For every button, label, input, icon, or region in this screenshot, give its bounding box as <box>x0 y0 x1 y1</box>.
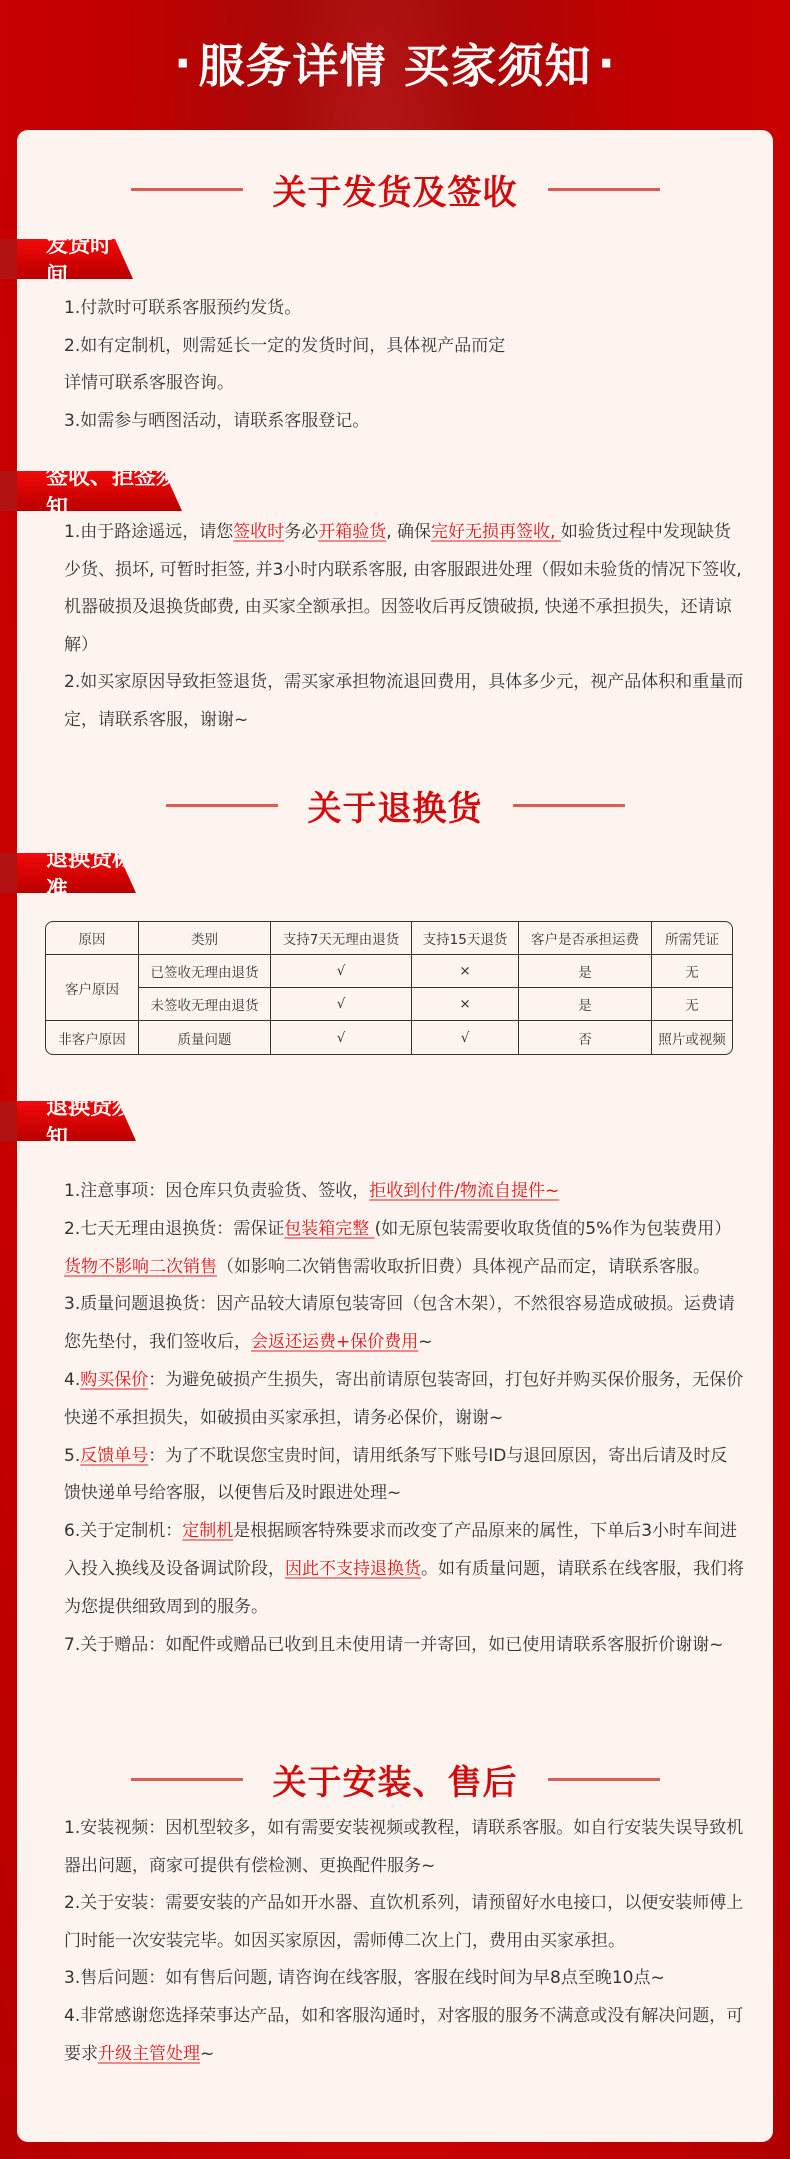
highlight-text: 拒收到付件/物流自提件~ <box>369 1181 559 1201</box>
section-title-shipping: 关于发货及签收 <box>17 164 773 214</box>
section-heading: 关于退换货 <box>308 781 483 830</box>
table-header: 支持7天无理由退货 <box>271 922 412 955</box>
divider-line <box>166 804 278 807</box>
highlight-text: 完好无损再签收, <box>431 522 561 542</box>
section-heading: 关于发货及签收 <box>273 165 518 214</box>
list-item: 1.付款时可联系客服预约发货。 <box>64 290 744 328</box>
list-item: 2.七天无理由退换货：需保证包装箱完整 (如无原包装需要收取货值的5%作为包装费… <box>64 1211 744 1287</box>
list-item: 1.由于路途遥远，请您签收时务必开箱验货, 确保完好无损再签收, 如验货过程中发… <box>64 514 744 664</box>
ribbon-edge <box>0 239 17 279</box>
sign-notice-list: 1.由于路途遥远，请您签收时务必开箱验货, 确保完好无损再签收, 如验货过程中发… <box>64 514 744 740</box>
list-item: 1.安装视频：因机型较多，如有需要安装视频或教程，请联系客服。如自行安装失误导致… <box>64 1810 744 1885</box>
table-cell-7day: √ <box>271 955 412 988</box>
table-cell-reason: 非客户原因 <box>46 1021 139 1054</box>
divider-line <box>548 188 660 191</box>
table-row: 客户原因 已签收无理由退货 √ × 是 无 <box>46 955 732 988</box>
divider-line <box>131 188 243 191</box>
highlight-text: 反馈单号 <box>80 1446 148 1466</box>
table-header: 类别 <box>139 922 271 955</box>
highlight-text: 因此不支持退换货 <box>285 1559 421 1579</box>
list-item: 6.关于定制机：定制机是根据顾客特殊要求而改变了产品原来的属性，下单后3小时车间… <box>64 1513 744 1626</box>
list-item: 2.如买家原因导致拒签退货，需买家承担物流退回费用，具体多少元，视产品体积和重量… <box>64 664 744 739</box>
list-item: 7.关于赠品：如配件或赠品已收到且未使用请一并寄回，如已使用请联系客服折价谢谢~ <box>64 1627 744 1665</box>
table-cell-freight: 否 <box>519 1021 652 1054</box>
divider-line <box>131 1778 243 1781</box>
list-item: 2.如有定制机，则需延长一定的发货时间，具体视产品而定 <box>64 328 744 366</box>
highlight-text: 开箱验货 <box>318 522 386 542</box>
table-cell-7day: √ <box>271 988 412 1021</box>
banner-dot-left: · <box>174 36 192 90</box>
table-cell-15day: × <box>412 988 519 1021</box>
list-item: 3.质量问题退换货：因产品较大请原包装寄回（包含木架），不然很容易造成破损。运费… <box>64 1286 744 1362</box>
highlight-text: 购买保价 <box>80 1370 148 1390</box>
ribbon-return-notice: 退换货须知 <box>17 1101 136 1141</box>
highlight-text: 会返还运费+保价费用 <box>251 1332 418 1352</box>
section-title-returns: 关于退换货 <box>17 780 773 830</box>
table-header-row: 原因 类别 支持7天无理由退货 支持15天退货 客户是否承担运费 所需凭证 <box>46 922 732 955</box>
install-list: 1.安装视频：因机型较多，如有需要安装视频或教程，请联系客服。如自行安装失误导致… <box>64 1810 744 2073</box>
table-cell-category: 未签收无理由退货 <box>139 988 271 1021</box>
return-policy-table: 原因 类别 支持7天无理由退货 支持15天退货 客户是否承担运费 所需凭证 客户… <box>45 921 733 1055</box>
table-cell-reason: 客户原因 <box>46 955 139 1021</box>
table-row: 非客户原因 质量问题 √ √ 否 照片或视频 <box>46 1021 732 1054</box>
list-item: 4.非常感谢您选择荣事达产品，如和客服沟通时，对客服的服务不满意或没有解决问题，… <box>64 1998 744 2073</box>
highlight-text: 定制机 <box>182 1521 233 1541</box>
table-header: 支持15天退货 <box>412 922 519 955</box>
highlight-text: 签收时 <box>233 522 284 542</box>
highlight-text: 包装箱完整 <box>284 1219 374 1239</box>
list-item: 3.如需参与晒图活动，请联系客服登记。 <box>64 403 744 441</box>
ribbon-edge <box>0 1101 17 1141</box>
section-heading: 关于安装、售后 <box>273 1755 518 1804</box>
table-cell-15day: × <box>412 955 519 988</box>
table-cell-freight: 是 <box>519 988 652 1021</box>
page-banner: · 服务详情 买家须知 · <box>0 0 790 130</box>
list-item: 详情可联系客服咨询。 <box>64 365 744 403</box>
table-cell-freight: 是 <box>519 955 652 988</box>
highlight-text: 货物不影响二次销售 <box>64 1257 217 1277</box>
table-header: 所需凭证 <box>652 922 732 955</box>
list-item: 5.反馈单号：为了不耽误您宝贵时间，请用纸条写下账号ID与退回原因，寄出后请及时… <box>64 1438 744 1514</box>
divider-line <box>513 804 625 807</box>
table-row: 未签收无理由退货 √ × 是 无 <box>46 988 732 1021</box>
table-cell-15day: √ <box>412 1021 519 1054</box>
ribbon-sign-notice: 签收、拒签须知 <box>17 471 182 511</box>
ribbon-return-standard: 退换货标准 <box>17 853 136 893</box>
table-cell-category: 已签收无理由退货 <box>139 955 271 988</box>
table-cell-proof: 无 <box>652 988 732 1021</box>
table-header: 客户是否承担运费 <box>519 922 652 955</box>
list-item: 1.注意事项：因仓库只负责验货、签收，拒收到付件/物流自提件~ <box>64 1173 744 1211</box>
list-item: 3.售后问题：如有售后问题, 请咨询在线客服，客服在线时间为早8点至晚10点~ <box>64 1960 744 1998</box>
ribbon-edge <box>0 853 17 893</box>
ribbon-edge <box>0 471 17 511</box>
table-cell-proof: 无 <box>652 955 732 988</box>
table-cell-proof: 照片或视频 <box>652 1021 732 1054</box>
ship-time-list: 1.付款时可联系客服预约发货。 2.如有定制机，则需延长一定的发货时间，具体视产… <box>64 290 744 440</box>
table-cell-category: 质量问题 <box>139 1021 271 1054</box>
banner-dot-right: · <box>598 36 616 90</box>
return-notice-list: 1.注意事项：因仓库只负责验货、签收，拒收到付件/物流自提件~ 2.七天无理由退… <box>64 1173 744 1664</box>
notice-card: 关于发货及签收 发货时间 1.付款时可联系客服预约发货。 2.如有定制机，则需延… <box>17 130 773 2142</box>
highlight-text: 升级主管处理 <box>98 2044 200 2064</box>
page-title: 服务详情 买家须知 <box>198 30 591 96</box>
list-item: 4.购买保价：为避免破损产生损失，寄出前请原包装寄回，打包好并购买保价服务，无保… <box>64 1362 744 1438</box>
divider-line <box>548 1778 660 1781</box>
ribbon-ship-time: 发货时间 <box>17 239 133 279</box>
list-item: 2.关于安装：需要安装的产品如开水器、直饮机系列，请预留好水电接口，以便安装师傅… <box>64 1885 744 1960</box>
table-header: 原因 <box>46 922 139 955</box>
table-cell-7day: √ <box>271 1021 412 1054</box>
section-title-install: 关于安装、售后 <box>17 1754 773 1804</box>
